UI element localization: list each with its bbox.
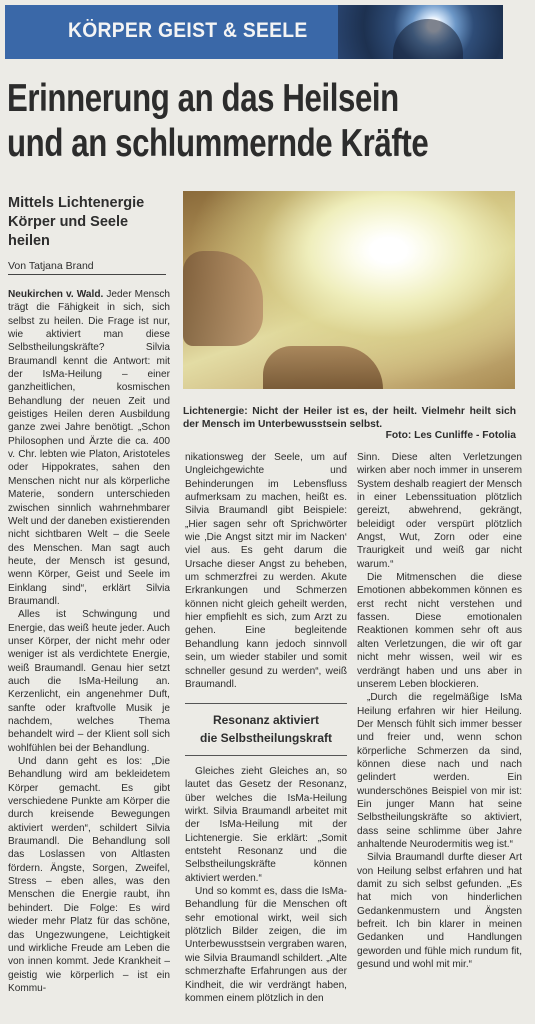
section-title: KÖRPER GEIST & SEELE	[68, 19, 308, 43]
photo-credit: Foto: Les Cunliffe - Fotolia	[386, 430, 516, 441]
photo-caption: Lichtenergie: Nicht der Heiler ist es, d…	[183, 405, 516, 431]
silhouette-icon	[393, 19, 463, 59]
hand-icon	[183, 251, 263, 346]
article-photo	[183, 191, 515, 389]
paragraph: nikationsweg der Seele, um auf Ungleichg…	[185, 451, 347, 691]
subhead-line-3: heilen	[8, 232, 173, 251]
paragraph: Alles ist Schwingung und Energie, das we…	[8, 608, 170, 755]
paragraph: Sinn. Diese alten Verletzungen wirken ab…	[357, 451, 522, 571]
article-column-1: Neukirchen v. Wald. Jeder Mensch trägt d…	[8, 288, 170, 995]
headline-line-2: und an schlummernde Kräfte	[7, 121, 423, 166]
hand-icon	[263, 346, 383, 389]
paragraph: Und so kommt es, dass die IsMa-Behandlun…	[185, 885, 347, 1005]
paragraph: Die Mitmenschen die diese Emotionen abbe…	[357, 571, 522, 691]
paragraph: Und dann geht es los: „Die Behandlung wi…	[8, 755, 170, 995]
article-column-2-continued: Gleiches zieht Gleiches an, so lautet da…	[185, 765, 347, 1005]
article-headline: Erinnerung an das Heilsein und an schlum…	[7, 76, 423, 166]
article-column-3: Sinn. Diese alten Verletzungen wirken ab…	[357, 451, 522, 971]
subheading-line-1: Resonanz aktiviert	[185, 711, 347, 729]
dateline: Neukirchen v. Wald.	[8, 289, 103, 300]
paragraph: Silvia Braumandl durfte dieser Art von H…	[357, 851, 522, 971]
section-banner: KÖRPER GEIST & SEELE	[5, 5, 503, 59]
byline: Von Tatjana Brand	[8, 260, 166, 275]
paragraph: „Durch die regelmäßige IsMa Heilung erfa…	[357, 691, 522, 851]
article-subheadline: Mittels Lichtenergie Körper und Seele he…	[8, 194, 173, 251]
paragraph: Neukirchen v. Wald. Jeder Mensch trägt d…	[8, 288, 170, 608]
subheading-line-2: die Selbstheilungskraft	[185, 729, 347, 747]
subhead-line-2: Körper und Seele	[8, 213, 173, 232]
headline-line-1: Erinnerung an das Heilsein	[7, 76, 423, 121]
article-column-2: nikationsweg der Seele, um auf Ungleichg…	[185, 451, 347, 691]
banner-photo-figure-in-light	[338, 5, 503, 59]
subhead-line-1: Mittels Lichtenergie	[8, 194, 173, 213]
subheading: Resonanz aktiviert die Selbstheilungskra…	[185, 703, 347, 756]
paragraph: Gleiches zieht Gleiches an, so lautet da…	[185, 765, 347, 885]
paragraph-text: Jeder Mensch trägt die Fähigkeit in sich…	[8, 289, 170, 607]
